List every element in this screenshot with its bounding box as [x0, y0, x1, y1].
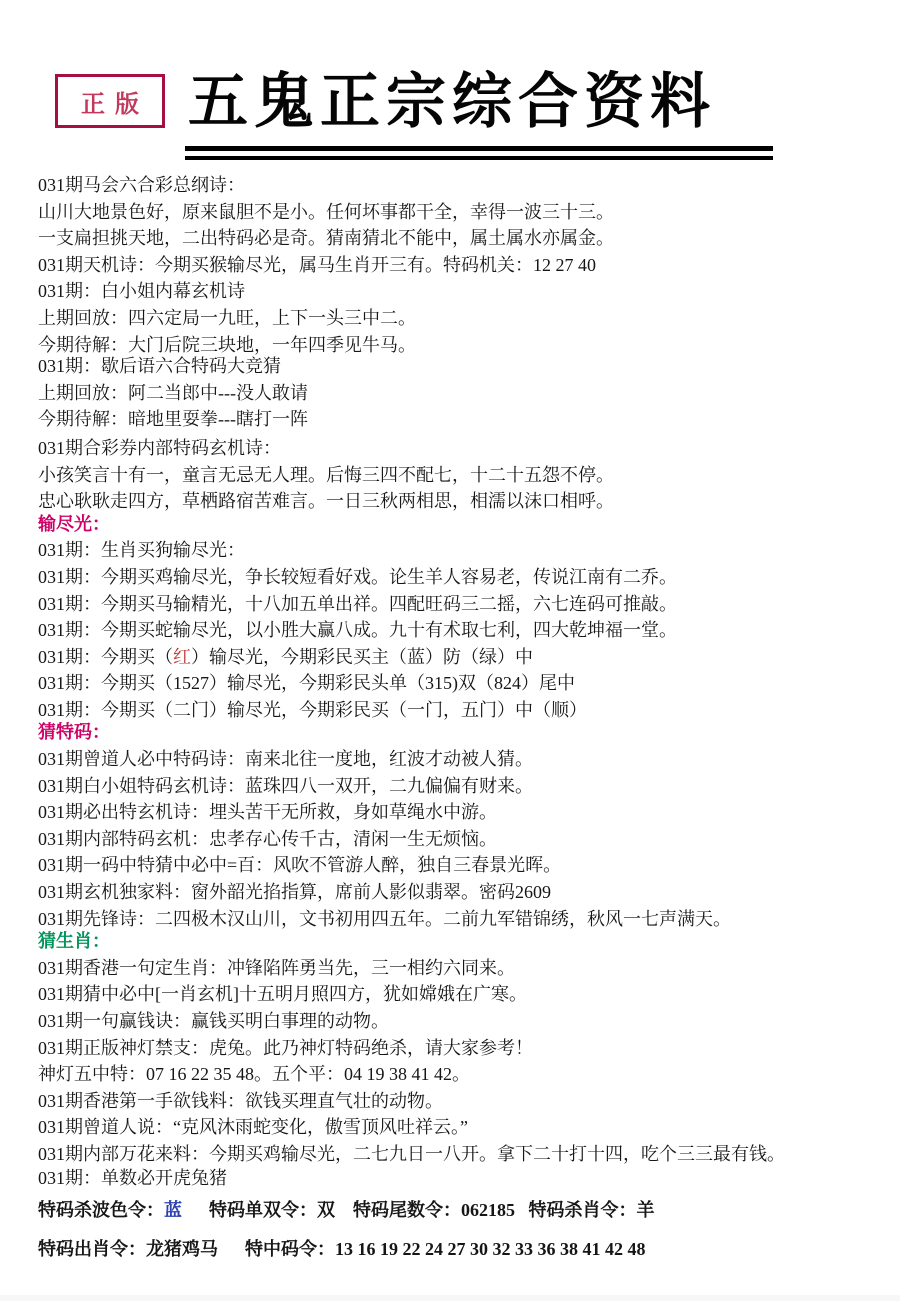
- text-line: 031期一句赢钱诀：赢钱买明白事理的动物。: [38, 1008, 873, 1035]
- text-line: 031期曾道人说：“克风沐雨蛇变化，傲雪顶风吐祥云。”: [38, 1114, 873, 1141]
- content-lines: 031期马会六合彩总纲诗：山川大地景色好，原来鼠胆不是小。任何坏事都干全，幸得一…: [38, 172, 873, 1262]
- text-line: 猜特码：: [38, 719, 873, 746]
- text-segment: 031期一句赢钱诀：赢钱买明白事理的动物。: [38, 1011, 389, 1031]
- text-segment: 031期曾道人必中特码诗：南来北往一度地，红波才动被人猜。: [38, 749, 533, 769]
- text-line: 031期猜中必中[一肖玄机]十五明月照四方，犹如嫦娥在广寒。: [38, 981, 873, 1008]
- text-segment: 031期：今期买马输精光，十八加五单出祥。四配旺码三二摇，六七连码可推敲。: [38, 594, 677, 614]
- text-line: 031期天机诗：今期买猴输尽光，属马生肖开三有。特码机关：12 27 40: [38, 252, 873, 279]
- text-segment: 031期内部万花来料：今期买鸡输尽光，二七九日一八开。拿下二十打十四，吃个三三最…: [38, 1144, 785, 1164]
- text-segment: 今期待解：暗地里耍拳---瞎打一阵: [38, 409, 308, 429]
- text-segment: 山川大地景色好，原来鼠胆不是小。任何坏事都干全，幸得一波三十三。: [38, 202, 614, 222]
- page-header: 正版 五鬼正宗综合资料: [0, 58, 900, 168]
- text-segment: [182, 1200, 209, 1220]
- genuine-badge: 正版: [55, 74, 165, 128]
- text-segment: 031期：生肖买狗输尽光：: [38, 540, 245, 560]
- text-line: 031期：今期买（红）输尽光，今期彩民买主（蓝）防（绿）中: [38, 644, 873, 671]
- text-line: 031期：单数必开虎兔猪: [38, 1165, 873, 1192]
- text-line: 神灯五中特：07 16 22 35 48。五个平：04 19 38 41 42。: [38, 1061, 873, 1088]
- text-segment: 031期内部特码玄机：忠孝存心传千古，清闲一生无烦恼。: [38, 829, 497, 849]
- text-segment: 忠心耿耿走四方，草栖路宿苦难言。一日三秋两相思，相濡以沫口相呼。: [38, 491, 614, 511]
- text-segment: 031期一码中特猜中必中=百：风吹不管游人醉，独自三春景光晖。: [38, 855, 561, 875]
- text-segment: 031期：歇后语六合特码大竞猜: [38, 356, 281, 376]
- text-line: 山川大地景色好，原来鼠胆不是小。任何坏事都干全，幸得一波三十三。: [38, 199, 873, 226]
- text-line: 031期一码中特猜中必中=百：风吹不管游人醉，独自三春景光晖。: [38, 852, 873, 879]
- text-segment: 031期曾道人说：“克风沐雨蛇变化，傲雪顶风吐祥云。”: [38, 1117, 468, 1137]
- text-segment: 031期：今期买（: [38, 647, 173, 667]
- text-line: 031期内部特码玄机：忠孝存心传千古，清闲一生无烦恼。: [38, 826, 873, 853]
- text-line: 031期：今期买（1527）输尽光，今期彩民头单（315)双（824）尾中: [38, 670, 873, 697]
- text-segment: 031期香港一句定生肖：冲锋陷阵勇当先，三一相约六同来。: [38, 958, 515, 978]
- text-line: 特码杀波色令：蓝 特码单双令：双 特码尾数令：062185 特码杀肖令：羊: [38, 1197, 873, 1224]
- text-segment: 031期：今期买鸡输尽光，争长较短看好戏。论生羊人容易老，传说江南有二乔。: [38, 567, 677, 587]
- text-line: 031期：白小姐内幕玄机诗: [38, 278, 873, 305]
- text-line: 031期玄机独家料：窗外韶光掐指算，席前人影似翡翠。密码2609: [38, 879, 873, 906]
- text-line: 031期正版神灯禁支：虎兔。此乃神灯特码绝杀，请大家参考！: [38, 1035, 873, 1062]
- text-segment: 031期猜中必中[一肖玄机]十五明月照四方，犹如嫦娥在广寒。: [38, 984, 527, 1004]
- text-segment: 红: [173, 647, 191, 667]
- text-line: 031期香港一句定生肖：冲锋陷阵勇当先，三一相约六同来。: [38, 955, 873, 982]
- text-segment: 031期：今期买（1527）输尽光，今期彩民头单（315)双（824）尾中: [38, 673, 575, 693]
- text-line: 一支扁担挑天地，二出特码必是奇。猜南猜北不能中，属土属水亦属金。: [38, 225, 873, 252]
- text-line: 031期内部万花来料：今期买鸡输尽光，二七九日一八开。拿下二十打十四，吃个三三最…: [38, 1141, 873, 1168]
- text-line: 031期：歇后语六合特码大竞猜: [38, 353, 873, 380]
- title-underline-divider: [185, 146, 773, 160]
- text-line: 特码出肖令：龙猪鸡马 特中码令：13 16 19 22 24 27 30 32 …: [38, 1236, 873, 1263]
- text-segment: 特码杀波色令：: [38, 1200, 164, 1220]
- text-segment: 特码尾数令：062185: [353, 1200, 529, 1220]
- text-line: 今期待解：暗地里耍拳---瞎打一阵: [38, 406, 873, 433]
- text-segment: ）输尽光，今期彩民买主（蓝）防（绿）中: [191, 647, 533, 667]
- text-segment: 031期先锋诗：二四极木汉山川，文书初用四五年。二前九军错锦绣，秋风一七声满天。: [38, 909, 731, 929]
- text-line: 031期：今期买鸡输尽光，争长较短看好戏。论生羊人容易老，传说江南有二乔。: [38, 564, 873, 591]
- text-segment: 特中码令：13 16 19 22 24 27 30 32 33 36 38 41…: [245, 1239, 646, 1259]
- text-segment: 031期正版神灯禁支：虎兔。此乃神灯特码绝杀，请大家参考！: [38, 1038, 533, 1058]
- text-segment: 特码单双令：双: [209, 1200, 353, 1220]
- text-line: 031期合彩券内部特码玄机诗：: [38, 435, 873, 462]
- text-line: 031期白小姐特码玄机诗：蓝珠四八一双开，二九偏偏有财来。: [38, 773, 873, 800]
- text-segment: 神灯五中特：07 16 22 35 48。五个平：04 19 38 41 42。: [38, 1064, 470, 1084]
- text-segment: 输尽光：: [38, 514, 110, 534]
- text-segment: 猜生肖：: [38, 931, 110, 951]
- text-segment: 猜特码：: [38, 722, 110, 742]
- text-segment: 031期：今期买蛇输尽光，以小胜大赢八成。九十有术取七利，四大乾坤福一堂。: [38, 620, 677, 640]
- text-segment: 特码出肖令：龙猪鸡马: [38, 1239, 245, 1259]
- text-line: 031期曾道人必中特码诗：南来北往一度地，红波才动被人猜。: [38, 746, 873, 773]
- page-title: 五鬼正宗综合资料: [188, 54, 778, 140]
- bottom-strip: [0, 1295, 900, 1301]
- text-line: 小孩笑言十有一，童言无忌无人理。后悔三四不配七，十二十五怨不停。: [38, 462, 873, 489]
- text-segment: 031期必出特玄机诗：埋头苦干无所救，身如草绳水中游。: [38, 802, 497, 822]
- text-segment: 特码杀肖令：羊: [529, 1200, 655, 1220]
- text-segment: 031期：今期买（二门）输尽光，今期彩民买（一门，五门）中（顺）: [38, 700, 587, 720]
- text-line: 猜生肖：: [38, 928, 873, 955]
- text-segment: 031期天机诗：今期买猴输尽光，属马生肖开三有。特码机关：12 27 40: [38, 255, 596, 275]
- text-segment: 上期回放：阿二当郎中---没人敢请: [38, 383, 308, 403]
- text-line: 上期回放：四六定局一九旺，上下一头三中二。: [38, 305, 873, 332]
- text-segment: 上期回放：四六定局一九旺，上下一头三中二。: [38, 308, 416, 328]
- text-line: 031期香港第一手欲钱料：欲钱买理直气壮的动物。: [38, 1088, 873, 1115]
- text-line: 031期：生肖买狗输尽光：: [38, 537, 873, 564]
- text-line: 031期：今期买马输精光，十八加五单出祥。四配旺码三二摇，六七连码可推敲。: [38, 591, 873, 618]
- text-line: 031期：今期买蛇输尽光，以小胜大赢八成。九十有术取七利，四大乾坤福一堂。: [38, 617, 873, 644]
- text-segment: 031期：白小姐内幕玄机诗: [38, 281, 245, 301]
- text-segment: 蓝: [164, 1200, 182, 1220]
- text-segment: 一支扁担挑天地，二出特码必是奇。猜南猜北不能中，属土属水亦属金。: [38, 228, 614, 248]
- text-line: 031期马会六合彩总纲诗：: [38, 172, 873, 199]
- text-segment: 031期合彩券内部特码玄机诗：: [38, 438, 281, 458]
- text-segment: 031期香港第一手欲钱料：欲钱买理直气壮的动物。: [38, 1091, 443, 1111]
- text-line: 031期必出特玄机诗：埋头苦干无所救，身如草绳水中游。: [38, 799, 873, 826]
- text-segment: 031期玄机独家料：窗外韶光掐指算，席前人影似翡翠。密码2609: [38, 882, 551, 902]
- text-segment: 031期：单数必开虎兔猪: [38, 1168, 227, 1188]
- text-segment: 031期白小姐特码玄机诗：蓝珠四八一双开，二九偏偏有财来。: [38, 776, 533, 796]
- page: 正版 五鬼正宗综合资料 031期马会六合彩总纲诗：山川大地景色好，原来鼠胆不是小…: [0, 0, 900, 1301]
- text-segment: 031期马会六合彩总纲诗：: [38, 175, 245, 195]
- text-segment: 今期待解：大门后院三块地，一年四季见牛马。: [38, 335, 416, 355]
- text-line: 上期回放：阿二当郎中---没人敢请: [38, 380, 873, 407]
- text-segment: 小孩笑言十有一，童言无忌无人理。后悔三四不配七，十二十五怨不停。: [38, 465, 614, 485]
